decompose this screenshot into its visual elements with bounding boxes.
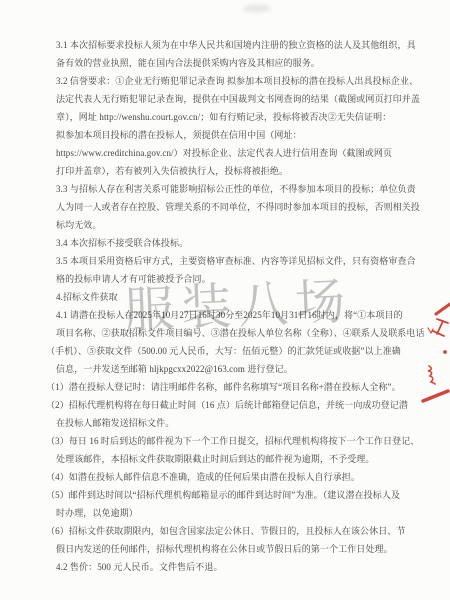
text-line: 项目名称、②获取招标文件项目编号、③潜在投标人单位名称（全称）、④联系人及联系电…: [56, 324, 421, 342]
text-line: 标均无效。: [56, 216, 421, 234]
text-line: https://www.creditchina.gov.cn/）对投标企业、法定…: [56, 144, 421, 162]
text-line: 章），网址 http://wenshu.court.gov.cn/；如有行贿记录…: [56, 108, 421, 126]
text-line: 备有效的营业执照，能在国内合法提供采购内容及其相应的服务。: [56, 54, 421, 72]
text-line: 打印并盖章），若有被列入失信被执行人，投标将被拒绝。: [56, 162, 421, 180]
text-line: 格的投标申请人才有可能被授予合同。: [56, 270, 421, 288]
text-line: （3）每日 16 时后到达的邮件视为下一个工作日提交，招标代理机构将按下一个工作…: [46, 432, 421, 450]
text-line: 3.2 信誉要求：①企业无行贿犯罪记录查询 拟参加本项目投标的潜在投标人出具投标…: [56, 72, 421, 90]
text-line: 3.3 与招标人存在利害关系可能影响招标公正性的单位，不得参加本项目的投标；单位…: [56, 180, 421, 198]
text-line: 时办理，以免逾期）: [56, 504, 421, 522]
text-line: 3.5 本项目采用资格后审方式，主要资格审查标准、内容等详见招标文件，只有资格审…: [56, 252, 421, 270]
text-line: 信息，一并发送至邮箱 hljkpgcxx2022@163.com 进行登记。: [56, 360, 421, 378]
red-diagonal-stroke-top: [436, 304, 450, 314]
red-ink-dot: [443, 350, 447, 354]
red-ink-scribble: [428, 366, 435, 384]
text-line: （5）邮件到达时间以“招标代理机构邮箱显示的邮件到达时间”为准。（建议潜在投标人…: [46, 486, 421, 504]
text-line: 4.1 请潜在投标人在2025年10月27日16时30分至2025年10月31日…: [56, 306, 421, 324]
text-line: （2）招标代理机构将在每日截止时间（16 点）后统计邮箱登记信息，并统一向成功登…: [46, 396, 421, 414]
text-line: （手机）、⑤获取文件（500.00 元人民币，大写：伍佰元整）的汇款凭证或收据”…: [46, 342, 421, 360]
red-stamp-character: [428, 319, 448, 336]
text-line: 法定代表人无行贿犯罪记录查询，提供在中国裁判文书网查询的结果（截图或网页打印并盖: [56, 90, 421, 108]
scanned-document-page: 3.1 本次招标要求投标人须为在中华人民共和国境内注册的独立资格的法人及其他组织…: [0, 0, 450, 600]
scan-smudge: [243, 5, 271, 12]
text-line: （4）如潜在投标人邮件信息不准确，造成的任何后果由潜在投标人自行承担。: [46, 468, 421, 486]
red-diagonal-stroke-bottom: [423, 391, 448, 401]
text-line: 4.2 售价：500 元人民币。文件售后不退。: [56, 558, 421, 576]
text-line: （6）招标文件获取期限内，如包含国家法定公休日、节假日的，且投标人在该公休日、节: [46, 522, 421, 540]
text-line: （1）潜在投标人登记时：请注明邮件名称，邮件名称填写“项目名称+潜在投标人全称”…: [46, 378, 421, 396]
text-line: 3.4 本次招标不接受联合体投标。: [56, 234, 421, 252]
text-line: 处理该邮件，本招标文件获取期限截止时间后到达的邮件视为逾期，不予受理。: [56, 450, 421, 468]
text-line: 假日内发送的任何邮件，招标代理机构将在公休日或节假日后的第一个工作日处理。: [56, 540, 421, 558]
text-line: 4.招标文件获取: [56, 288, 421, 306]
text-line: 3.1 本次招标要求投标人须为在中华人民共和国境内注册的独立资格的法人及其他组织…: [56, 36, 421, 54]
text-line: 人为同一人或者存在控股、管理关系的不同单位，不得同时参加本项目的投标，否则相关投: [56, 198, 421, 216]
red-ink-annotation: [413, 293, 450, 405]
text-line: 拟参加本项目投标的潜在投标人，须提供在信用中国（网址：: [56, 126, 421, 144]
document-body: 3.1 本次招标要求投标人须为在中华人民共和国境内注册的独立资格的法人及其他组织…: [56, 36, 421, 576]
text-line: 在投标人邮箱发送招标文件。: [56, 414, 421, 432]
